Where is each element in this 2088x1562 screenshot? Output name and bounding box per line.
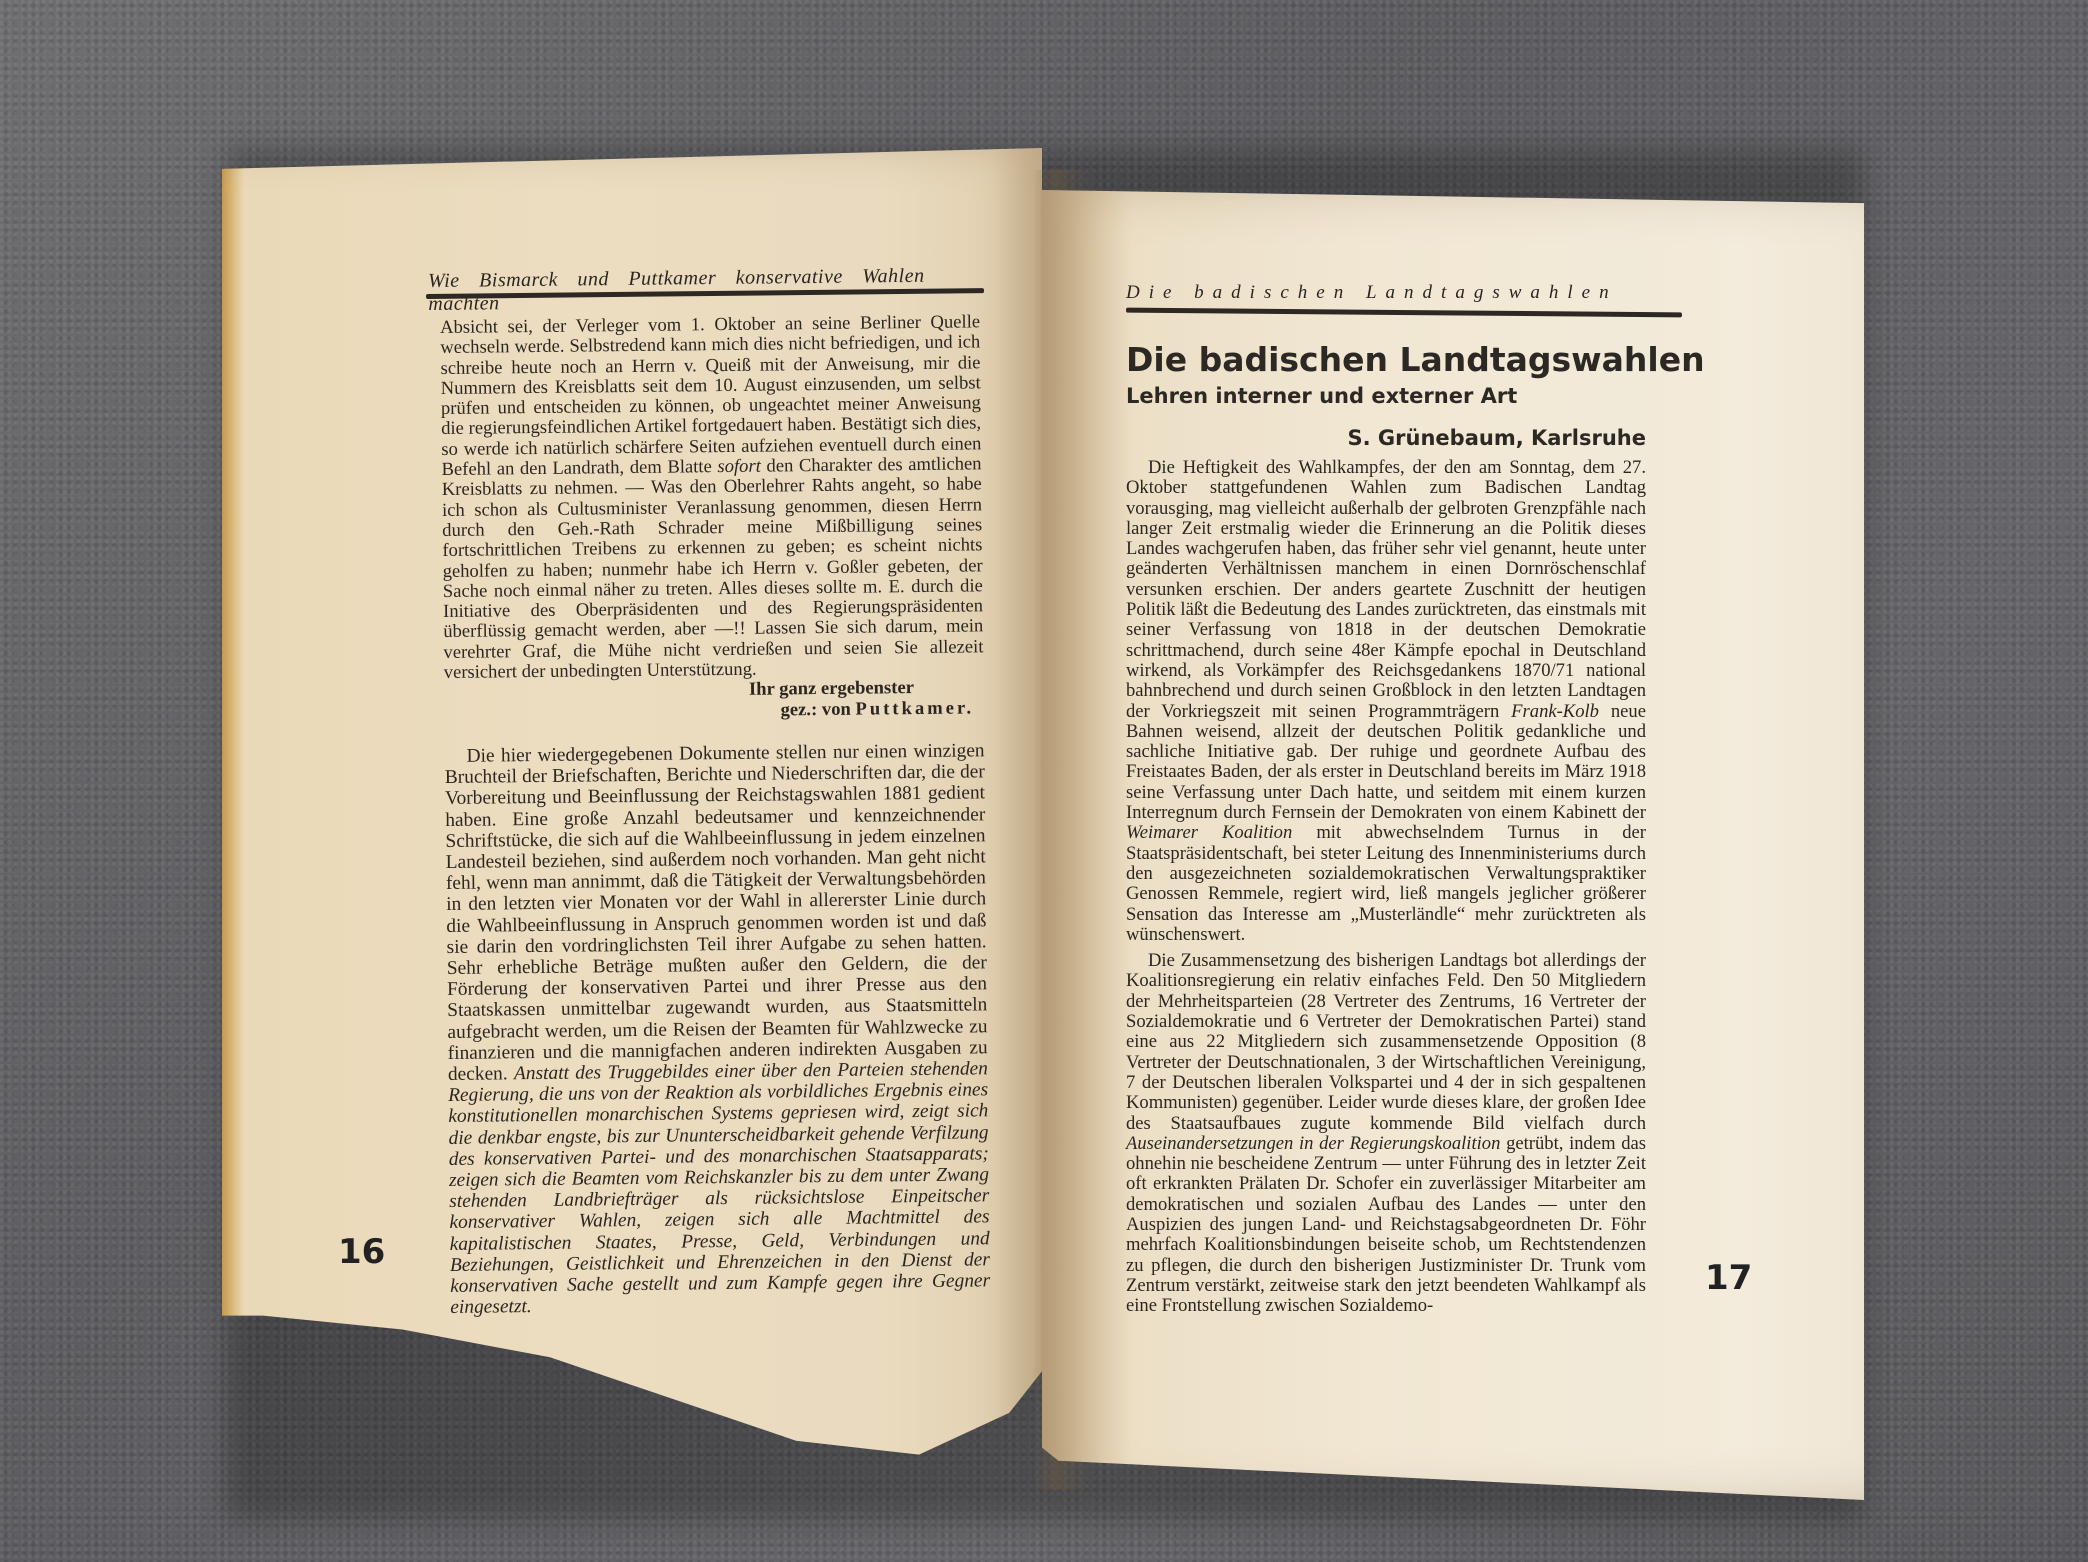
article-paragraph-2: Die Zusammensetzung des bisherigen Landt…: [1126, 951, 1646, 1316]
p1-text-a: Die Heftigkeit des Wahlkampfes, der den …: [1126, 457, 1646, 722]
left-body: Absicht sei, der Verleger vom 1. Oktober…: [440, 312, 990, 1318]
p1-emphasis-2: Weimarer Koalition: [1126, 822, 1292, 843]
article-title: Die badischen Landtagswahlen: [1126, 340, 1705, 379]
letter-paragraph: Absicht sei, der Verleger vom 1. Oktober…: [440, 312, 984, 683]
commentary-text: Die hier wiedergegebenen Dokumente stell…: [445, 740, 988, 1085]
p2-emphasis: Auseinandersetzungen in der Regierungsko…: [1126, 1133, 1500, 1154]
article-paragraph-1: Die Heftigkeit des Wahlkampfes, der den …: [1126, 458, 1646, 945]
p2-text-a: Die Zusammensetzung des bisherigen Landt…: [1126, 950, 1646, 1133]
right-running-head: Die badischen Landtagswahlen: [1126, 282, 1618, 304]
p2-text-b: getrübt, indem das ohnehin nie bescheide…: [1126, 1133, 1646, 1316]
p1-emphasis-1: Frank-Kolb: [1511, 701, 1599, 722]
signature-prefix: gez.: von: [780, 698, 850, 720]
signature-name: Puttkamer.: [855, 697, 974, 719]
page-number-right: 17: [1705, 1258, 1752, 1298]
article-author: S. Grünebaum, Karlsruhe: [1126, 426, 1646, 450]
commentary-paragraph: Die hier wiedergegebenen Dokumente stell…: [444, 740, 990, 1318]
page-number-left: 16: [338, 1232, 385, 1272]
commentary-italic: Anstatt des Truggebildes einer über den …: [448, 1058, 990, 1318]
right-body: Die Heftigkeit des Wahlkampfes, der den …: [1126, 458, 1646, 1316]
article-subtitle: Lehren interner und externer Art: [1126, 384, 1517, 408]
letter-emphasis: sofort: [717, 456, 761, 477]
letter-text-cont: den Charakter des amtlichen Kreisblatts …: [442, 453, 984, 683]
signature-line: gez.: von Puttkamer.: [444, 698, 974, 724]
